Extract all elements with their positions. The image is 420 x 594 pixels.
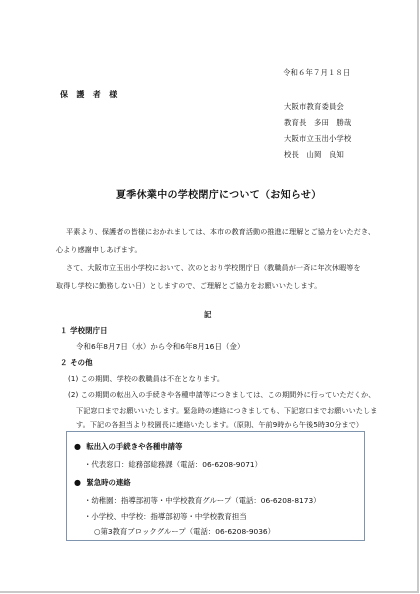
body-paragraph-1-line-2: 心より感謝申しあげます。	[56, 245, 142, 255]
contact-block-3: ○第3教育ブロックグループ（電話：06-6208-9036）	[94, 526, 275, 537]
closure-period: 令和6年8月7日（水）から令和6年8月16日（金）	[76, 341, 244, 352]
body-paragraph-2-line-1: さて、大阪市立玉出小学校において、次のとおり学校閉庁日（教職員が一斉に年次休暇等…	[66, 263, 361, 273]
sender-line-2: 教育長 多田 勝哉	[284, 117, 351, 128]
body-paragraph-2-line-2: 取得し学校に勤務しない日）としますので、ご理解とご協力をお願いいたします。	[56, 281, 321, 291]
note-2-line-2: 下記窓口までお願いいたします。緊急時の連絡につきましても、下記窓口までお願いいた…	[76, 406, 377, 416]
document-page: 令和６年７月１８日 保 護 者 様 大阪市教育委員会 教育長 多田 勝哉 大阪市…	[0, 0, 419, 593]
bullet-icon: ●	[74, 442, 81, 451]
section-1-heading: １ 学校閉庁日	[60, 325, 108, 336]
bullet-icon: ●	[74, 478, 81, 487]
sender-line-3: 大阪市立玉出小学校	[284, 133, 351, 144]
contact-item-1-heading: 転出入の手続きや各種申請等	[86, 442, 182, 451]
sender-line-1: 大阪市教育委員会	[284, 101, 344, 112]
contact-kindergarten: ・幼稚園：指導部初等・中学校教育グループ（電話：06-6208-8173）	[84, 495, 321, 506]
contact-item-2: ● 緊急時の連絡	[74, 477, 131, 488]
recipient: 保 護 者 様	[60, 89, 117, 100]
section-2-heading: ２ その他	[60, 357, 93, 368]
document-title: 夏季休業中の学校閉庁について（お知らせ）	[116, 186, 322, 201]
sender-line-4: 校長 山岡 良知	[284, 149, 344, 160]
body-paragraph-1-line-1: 平素より、保護者の皆様におかれましては、本市の教育活動の推進に理解とご協力をいた…	[66, 227, 375, 237]
note-1: (1) この期間、学校の教職員は不在となります。	[68, 374, 224, 384]
note-2-line-1: (2) この期間の転出入の手続きや各種申請等につきましては、この期間外に行ってい…	[68, 390, 376, 400]
contact-box: ● 転出入の手続きや各種申請等 ・代表窓口：総務部総務課（電話：06-6208-…	[66, 431, 365, 541]
contact-elementary-junior: ・小学校、中学校：指導部初等・中学校教育担当	[84, 511, 247, 522]
document-date: 令和６年７月１８日	[283, 67, 350, 78]
note-2-line-3: す。下記の各担当より校園長に連絡いたします。（原則、午前9時から午後5時30分ま…	[76, 420, 363, 430]
contact-item-2-heading: 緊急時の連絡	[86, 478, 130, 487]
contact-item-1: ● 転出入の手続きや各種申請等	[74, 441, 182, 452]
ki-heading: 記	[204, 309, 212, 320]
contact-general-office: ・代表窓口：総務部総務課（電話：06-6208-9071）	[84, 459, 262, 470]
